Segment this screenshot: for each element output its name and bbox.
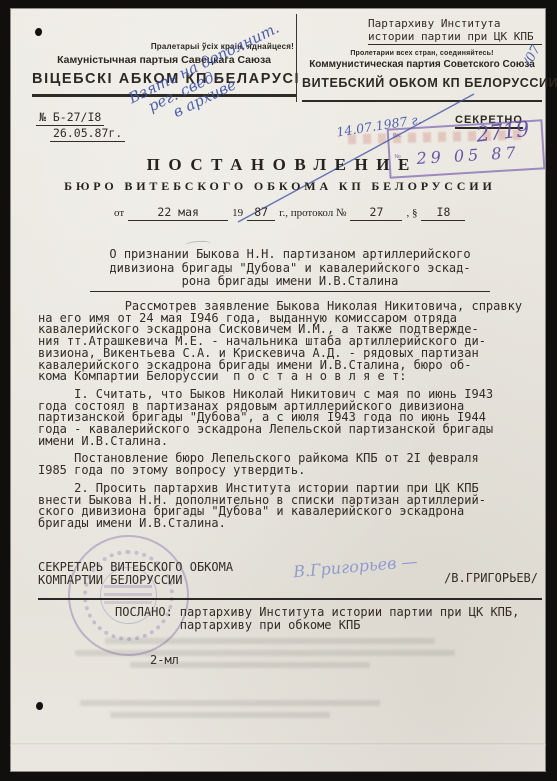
ghost-text-trace <box>130 662 370 668</box>
protocol-date: 22 мая <box>128 205 228 221</box>
document-title: ПОСТАНОВЛЕНИЕ <box>10 155 546 175</box>
scanned-document-screenshot: { "colors": { "paper": "#e9e6df", "ink_b… <box>0 0 557 781</box>
document-subtitle: БЮРО ВИТЕБСКОГО ОБКОМА КП БЕЛОРУССИИ <box>10 179 546 194</box>
subject-heading: О признании Быкова Н.Н. партизаном артил… <box>80 248 500 289</box>
footer-rule <box>38 598 542 600</box>
protocol-year: 87 <box>247 205 275 221</box>
protocol-number: 27 <box>350 205 402 221</box>
paragraph-item-2: 2. Просить партархив Института истории п… <box>38 483 540 530</box>
archive-routing-line2: истории партии при ЦК КПБ <box>368 31 542 46</box>
letterhead-right-party: Коммунистическая партия Советского Союза <box>302 59 542 70</box>
paragraph-confirmation: Постановление бюро Лепельского райкома К… <box>38 453 540 476</box>
body-text: Рассмотрев заявление Быкова Николая Ники… <box>38 301 540 536</box>
letterhead-divider <box>296 14 297 102</box>
protocol-line: от 22 мая 19 87 г., протокол № 27 , § I8 <box>114 205 465 221</box>
punch-hole-mark-top <box>35 28 42 36</box>
letterhead-right-motto: Пролетарии всех стран, соединяйтесь! <box>302 50 542 57</box>
paragraph-preamble: Рассмотрев заявление Быкова Николая Ники… <box>38 301 540 383</box>
protocol-para-label: , § <box>406 207 417 219</box>
protocol-prefix: от <box>114 207 124 219</box>
ghost-text-trace <box>75 650 455 656</box>
stamp-number-value: 2719 <box>474 117 530 147</box>
ghost-text-trace <box>105 638 435 644</box>
protocol-year-prefix: 19 <box>232 207 243 219</box>
signatory-name: /В.ГРИГОРЬЕВ/ <box>444 571 538 585</box>
protocol-middle: г., протокол № <box>279 207 346 219</box>
stamp-incoming-label: Вх. <box>393 133 402 140</box>
ghost-text-trace <box>80 700 380 706</box>
distribution-block: ПОСЛАНО: партархиву Института истории па… <box>115 606 519 633</box>
letterhead-right-org: ВИТЕБСКИЙ ОБКОМ КП БЕЛОРУССИИ <box>302 76 542 90</box>
letterhead-right-rule <box>302 100 542 102</box>
distribution-label: ПОСЛАНО: <box>115 606 173 633</box>
punch-hole-mark-bottom <box>36 702 43 710</box>
paragraph-item-1: I. Считать, что Быков Николай Никитович … <box>38 389 540 448</box>
document-page: Пралетарыі ўсіх краін, яднайцеся! Камуні… <box>10 8 546 772</box>
ghost-text-trace <box>110 712 330 718</box>
archive-routing-line1: Партархиву Института <box>368 18 542 31</box>
reference-number: № Б-27/I8 <box>36 110 104 124</box>
archive-routing-note: Партархиву Института истории партии при … <box>368 18 542 45</box>
subject-underline <box>90 291 490 292</box>
reference-date: 26.05.87г. <box>50 126 125 140</box>
signature-block: СЕКРЕТАРЬ ВИТЕБСКОГО ОБКОМА КОМПАРТИИ БЕ… <box>38 561 540 597</box>
protocol-paragraph: I8 <box>421 205 465 221</box>
distribution-list: партархиву Института истории партии при … <box>180 606 520 633</box>
letterhead-right: Партархиву Института истории партии при … <box>302 18 542 90</box>
